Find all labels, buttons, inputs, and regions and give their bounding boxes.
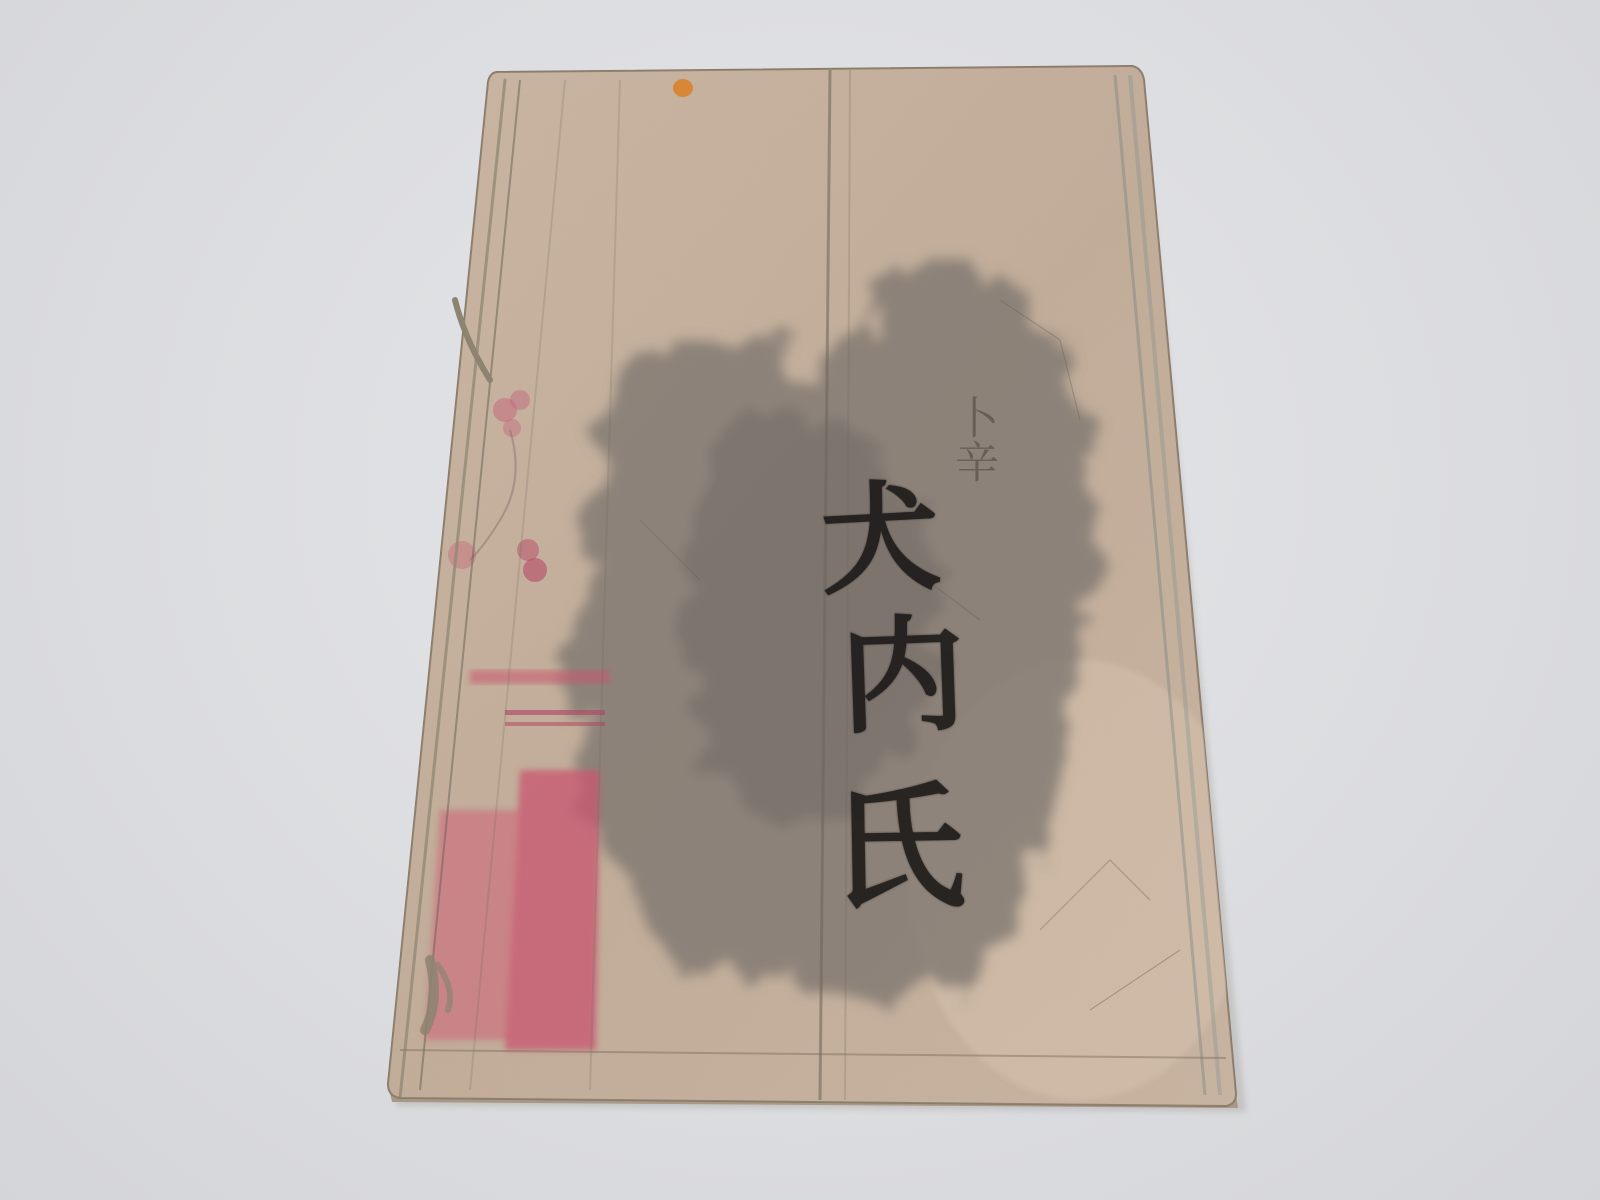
cover-title-char-1: 犬 bbox=[817, 477, 943, 603]
orange-spot bbox=[673, 79, 693, 97]
cover-title-char-3: 氏 bbox=[829, 779, 966, 916]
book-cover bbox=[0, 0, 1600, 1200]
photo-background: 犬 内 氏 卜辛 bbox=[0, 0, 1600, 1200]
cover-title-annotation: 卜辛 bbox=[950, 395, 994, 483]
cover-title-char-2: 内 bbox=[838, 613, 967, 742]
